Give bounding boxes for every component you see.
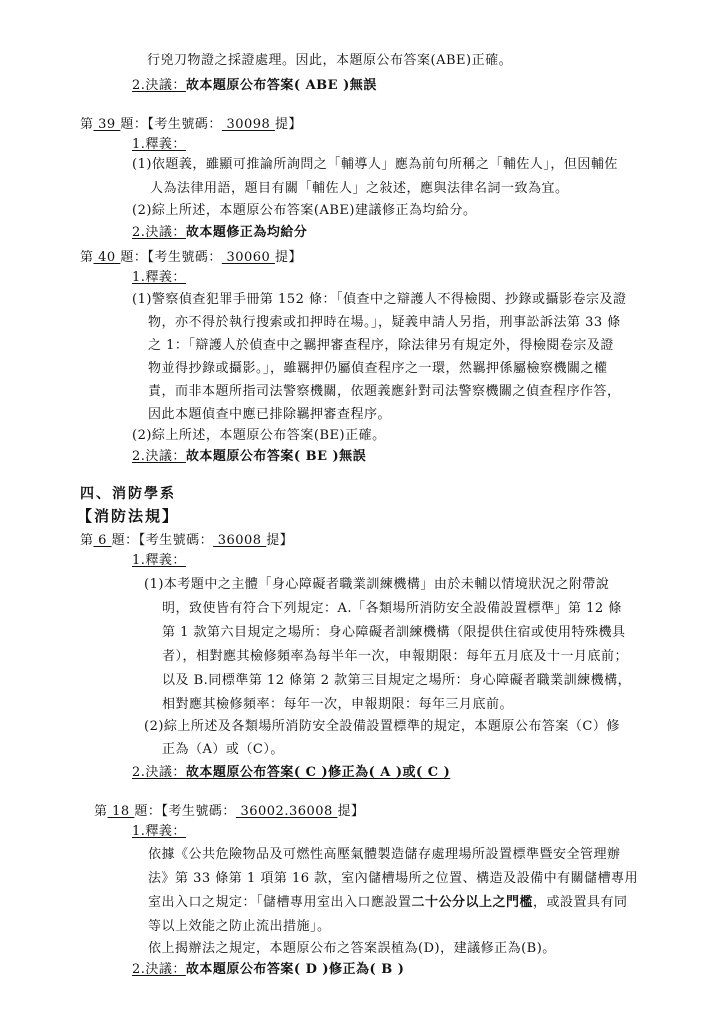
paragraph-line: (1)依題義，雖顯可推論所詢問之「輔導人」應為前句所稱之「輔佐人」，但因輔佐 [132, 156, 618, 173]
paragraph-line: (1)警察偵查犯罪手冊第 152 條：「偵查中之辯護人不得檢閱、抄錄或攝影卷宗及… [132, 291, 627, 308]
question-header-6: 第 6 題：【考生號碼： 36008 提】 [80, 532, 293, 549]
resolution-label: 2.決議： [132, 765, 186, 780]
paragraph-line: 因此本題偵查中應已排除羈押審查程序。 [148, 406, 391, 423]
section-title: 四、消防學系 [80, 486, 176, 503]
resolution-label: 2.決議： [132, 962, 186, 977]
resolution-text: 故本題原公布答案( ABE )無誤 [186, 78, 377, 93]
paragraph-line: 依據《公共危險物品及可燃性高壓氣體製造儲存處理場所設置標準暨安全管理辦 [148, 846, 621, 863]
question-suffix: 提】 [337, 804, 364, 819]
paragraph-line: 等以上效能之防止流出措施」。 [148, 918, 331, 935]
paragraph-line: 以及 B.同標準第 12 條第 2 款第三目規定之場所：身心障礙者職業訓練機構， [162, 672, 631, 689]
resolution-line: 2.決議：故本題原公布答案( C )修正為( A )或( C ) [132, 764, 450, 781]
question-mid: 題：【考生號碼： [134, 804, 236, 819]
text-run: ，或設置具有同 [533, 895, 628, 910]
paragraph-line: 行兇刀物證之採證處理。因此，本題原公布答案(ABE)正確。 [147, 52, 512, 69]
resolution-text: 故本題原公布答案( D )修正為( B ) [186, 962, 404, 977]
question-number: 39 [94, 117, 121, 132]
paragraph-line: 依上揭辦法之規定，本題原公布之答案誤植為(D)，建議修正為(B)。 [148, 940, 556, 957]
paragraph-line: 物並得抄錄或攝影。」，雖羈押仍屬偵查程序之一環，然羈押係屬檢察機關之權 [148, 360, 608, 377]
paragraph-line: 相對應其檢修頻率：每年一次，申報期限：每年三月底前。 [162, 696, 513, 713]
resolution-text: 故本題修正為均給分 [186, 225, 308, 240]
question-header-18: 第 18 題：【考生號碼： 36002.36008 提】 [94, 803, 364, 820]
explain-label: 1.釋義： [132, 823, 186, 840]
question-mid: 題：【考生號碼： [120, 250, 222, 265]
question-suffix: 提】 [275, 117, 302, 132]
text-run: 室出入口之規定：「儲槽專用室出入口應設置 [148, 895, 412, 910]
question-prefix: 第 [94, 804, 108, 819]
question-number: 6 [94, 533, 112, 548]
question-suffix: 提】 [266, 533, 293, 548]
paragraph-line: (2)綜上所述，本題原公布答案(ABE)建議修正為均給分。 [132, 202, 477, 219]
paragraph-line: 明，致使皆有符合下列規定：A.「各類場所消防安全設備設置標準」第 12 條 [162, 600, 622, 617]
paragraph-line: (2)綜上所述及各類場所消防安全設備設置標準的規定，本題原公布答案（C）修 [144, 718, 620, 735]
candidate-code: 30098 [222, 117, 275, 132]
paragraph-line: 法》第 33 條第 1 項第 16 款，室內儲槽場所之位置、構造及設備中有關儲槽… [148, 870, 638, 887]
paragraph-line: (2)綜上所述，本題原公布答案(BE)正確。 [132, 427, 386, 444]
question-suffix: 提】 [275, 250, 302, 265]
paragraph-line: (1)本考題中之主體「身心障礙者職業訓練機構」由於未輔以情境狀況之附帶說 [144, 576, 609, 593]
candidate-code: 36008 [213, 533, 266, 548]
explain-label: 1.釋義： [132, 136, 186, 153]
explain-label: 1.釋義： [132, 552, 186, 569]
resolution-line: 2.決議：故本題原公布答案( BE )無誤 [132, 448, 366, 465]
resolution-label: 2.決議： [132, 78, 186, 93]
paragraph-line: 責，而非本題所指司法警察機關，依題義應針對司法警察機關之偵查程序作答， [148, 383, 621, 400]
section-subtitle: 【消防法規】 [77, 508, 179, 525]
question-number: 18 [108, 804, 135, 819]
resolution-label: 2.決議： [132, 225, 186, 240]
question-number: 40 [94, 250, 121, 265]
paragraph-line: 正為（A）或（C）。 [162, 741, 284, 758]
explain-label: 1.釋義： [132, 269, 186, 286]
question-mid: 題：【考生號碼： [120, 117, 222, 132]
resolution-line: 2.決議：故本題原公布答案( ABE )無誤 [132, 77, 377, 94]
paragraph-line: 之 1：「辯護人於偵查中之羈押審查程序，除法律另有規定外，得檢閱卷宗及證 [148, 337, 614, 354]
candidate-code: 30060 [222, 250, 275, 265]
question-prefix: 第 [80, 117, 94, 132]
paragraph-line: 物，亦不得於執行搜索或扣押時在場。」，疑義申請人另指，刑事訟訴法第 33 條 [148, 314, 621, 331]
resolution-text: 故本題原公布答案( C )修正為( A )或( C ) [186, 765, 450, 780]
emphasis-text: 二十公分以上之門檻 [412, 895, 534, 910]
question-header-40: 第 40 題：【考生號碼： 30060 提】 [80, 249, 302, 266]
paragraph-line: 第 1 款第六目規定之場所：身心障礙者訓練機構（限提供住宿或使用特殊機具 [162, 624, 626, 641]
resolution-text: 故本題原公布答案( BE )無誤 [186, 449, 366, 464]
question-mid: 題：【考生號碼： [112, 533, 214, 548]
resolution-line: 2.決議：故本題原公布答案( D )修正為( B ) [132, 961, 404, 978]
resolution-label: 2.決議： [132, 449, 186, 464]
paragraph-line: 室出入口之規定：「儲槽專用室出入口應設置二十公分以上之門檻，或設置具有同 [148, 894, 628, 911]
question-header-39: 第 39 題：【考生號碼： 30098 提】 [80, 116, 302, 133]
candidate-code: 36002.36008 [236, 804, 338, 819]
paragraph-line: 者），相對應其檢修頻率為每半年一次，申報期限：每年五月底及十一月底前； [162, 648, 628, 665]
question-prefix: 第 [80, 533, 94, 548]
resolution-line: 2.決議：故本題修正為均給分 [132, 224, 307, 241]
question-prefix: 第 [80, 250, 94, 265]
paragraph-line: 人為法律用語，題目有關「輔佐人」之敍述，應與法律名詞一致為宜。 [150, 180, 569, 197]
